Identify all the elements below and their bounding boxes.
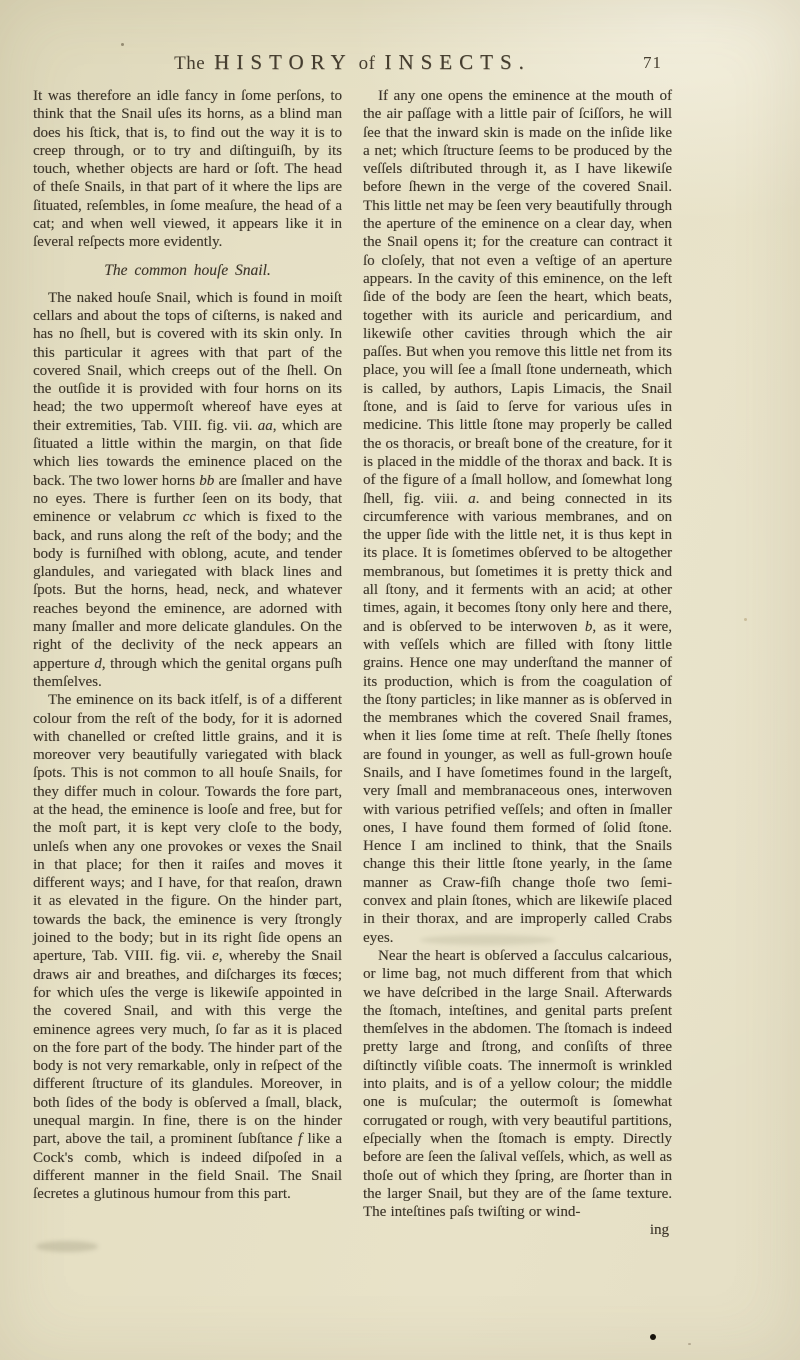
title-word-history: HISTORY	[214, 50, 352, 74]
page-number: 71	[643, 53, 662, 73]
book-page-scan: TheHISTORYofINSECTS. 71 It was therefore…	[0, 0, 800, 1360]
text-block: It was therefore an idle fancy in ſome p…	[33, 87, 672, 1240]
paper-speck	[121, 43, 124, 46]
running-head: TheHISTORYofINSECTS. 71	[33, 50, 672, 75]
paper-speck	[744, 618, 747, 621]
right-column: If any one opens the eminence at the mou…	[363, 87, 672, 1240]
paragraph-air-passage-net: If any one opens the eminence at the mou…	[363, 87, 672, 947]
show-through-smudge	[420, 935, 555, 945]
catchword: ing	[363, 1221, 672, 1239]
show-through-smudge	[36, 1241, 98, 1252]
title-word-of: of	[359, 53, 376, 74]
title-word-the: The	[174, 53, 205, 74]
ink-spot	[650, 1334, 656, 1340]
left-column: It was therefore an idle fancy in ſome p…	[33, 87, 342, 1240]
title-word-insects: INSECTS.	[384, 50, 530, 74]
paragraph-naked-house-snail: The naked houſe Snail, which is found in…	[33, 289, 342, 692]
paragraph-near-the-heart: Near the heart is obſerved a ſacculus ca…	[363, 947, 672, 1221]
paragraph-snail-horns: It was therefore an idle fancy in ſome p…	[33, 87, 342, 252]
section-heading-common-house-snail: The common houſe Snail.	[33, 262, 342, 280]
paragraph-eminence-on-back: The eminence on its back itſelf, is of a…	[33, 691, 342, 1203]
paper-speck	[688, 1343, 691, 1345]
